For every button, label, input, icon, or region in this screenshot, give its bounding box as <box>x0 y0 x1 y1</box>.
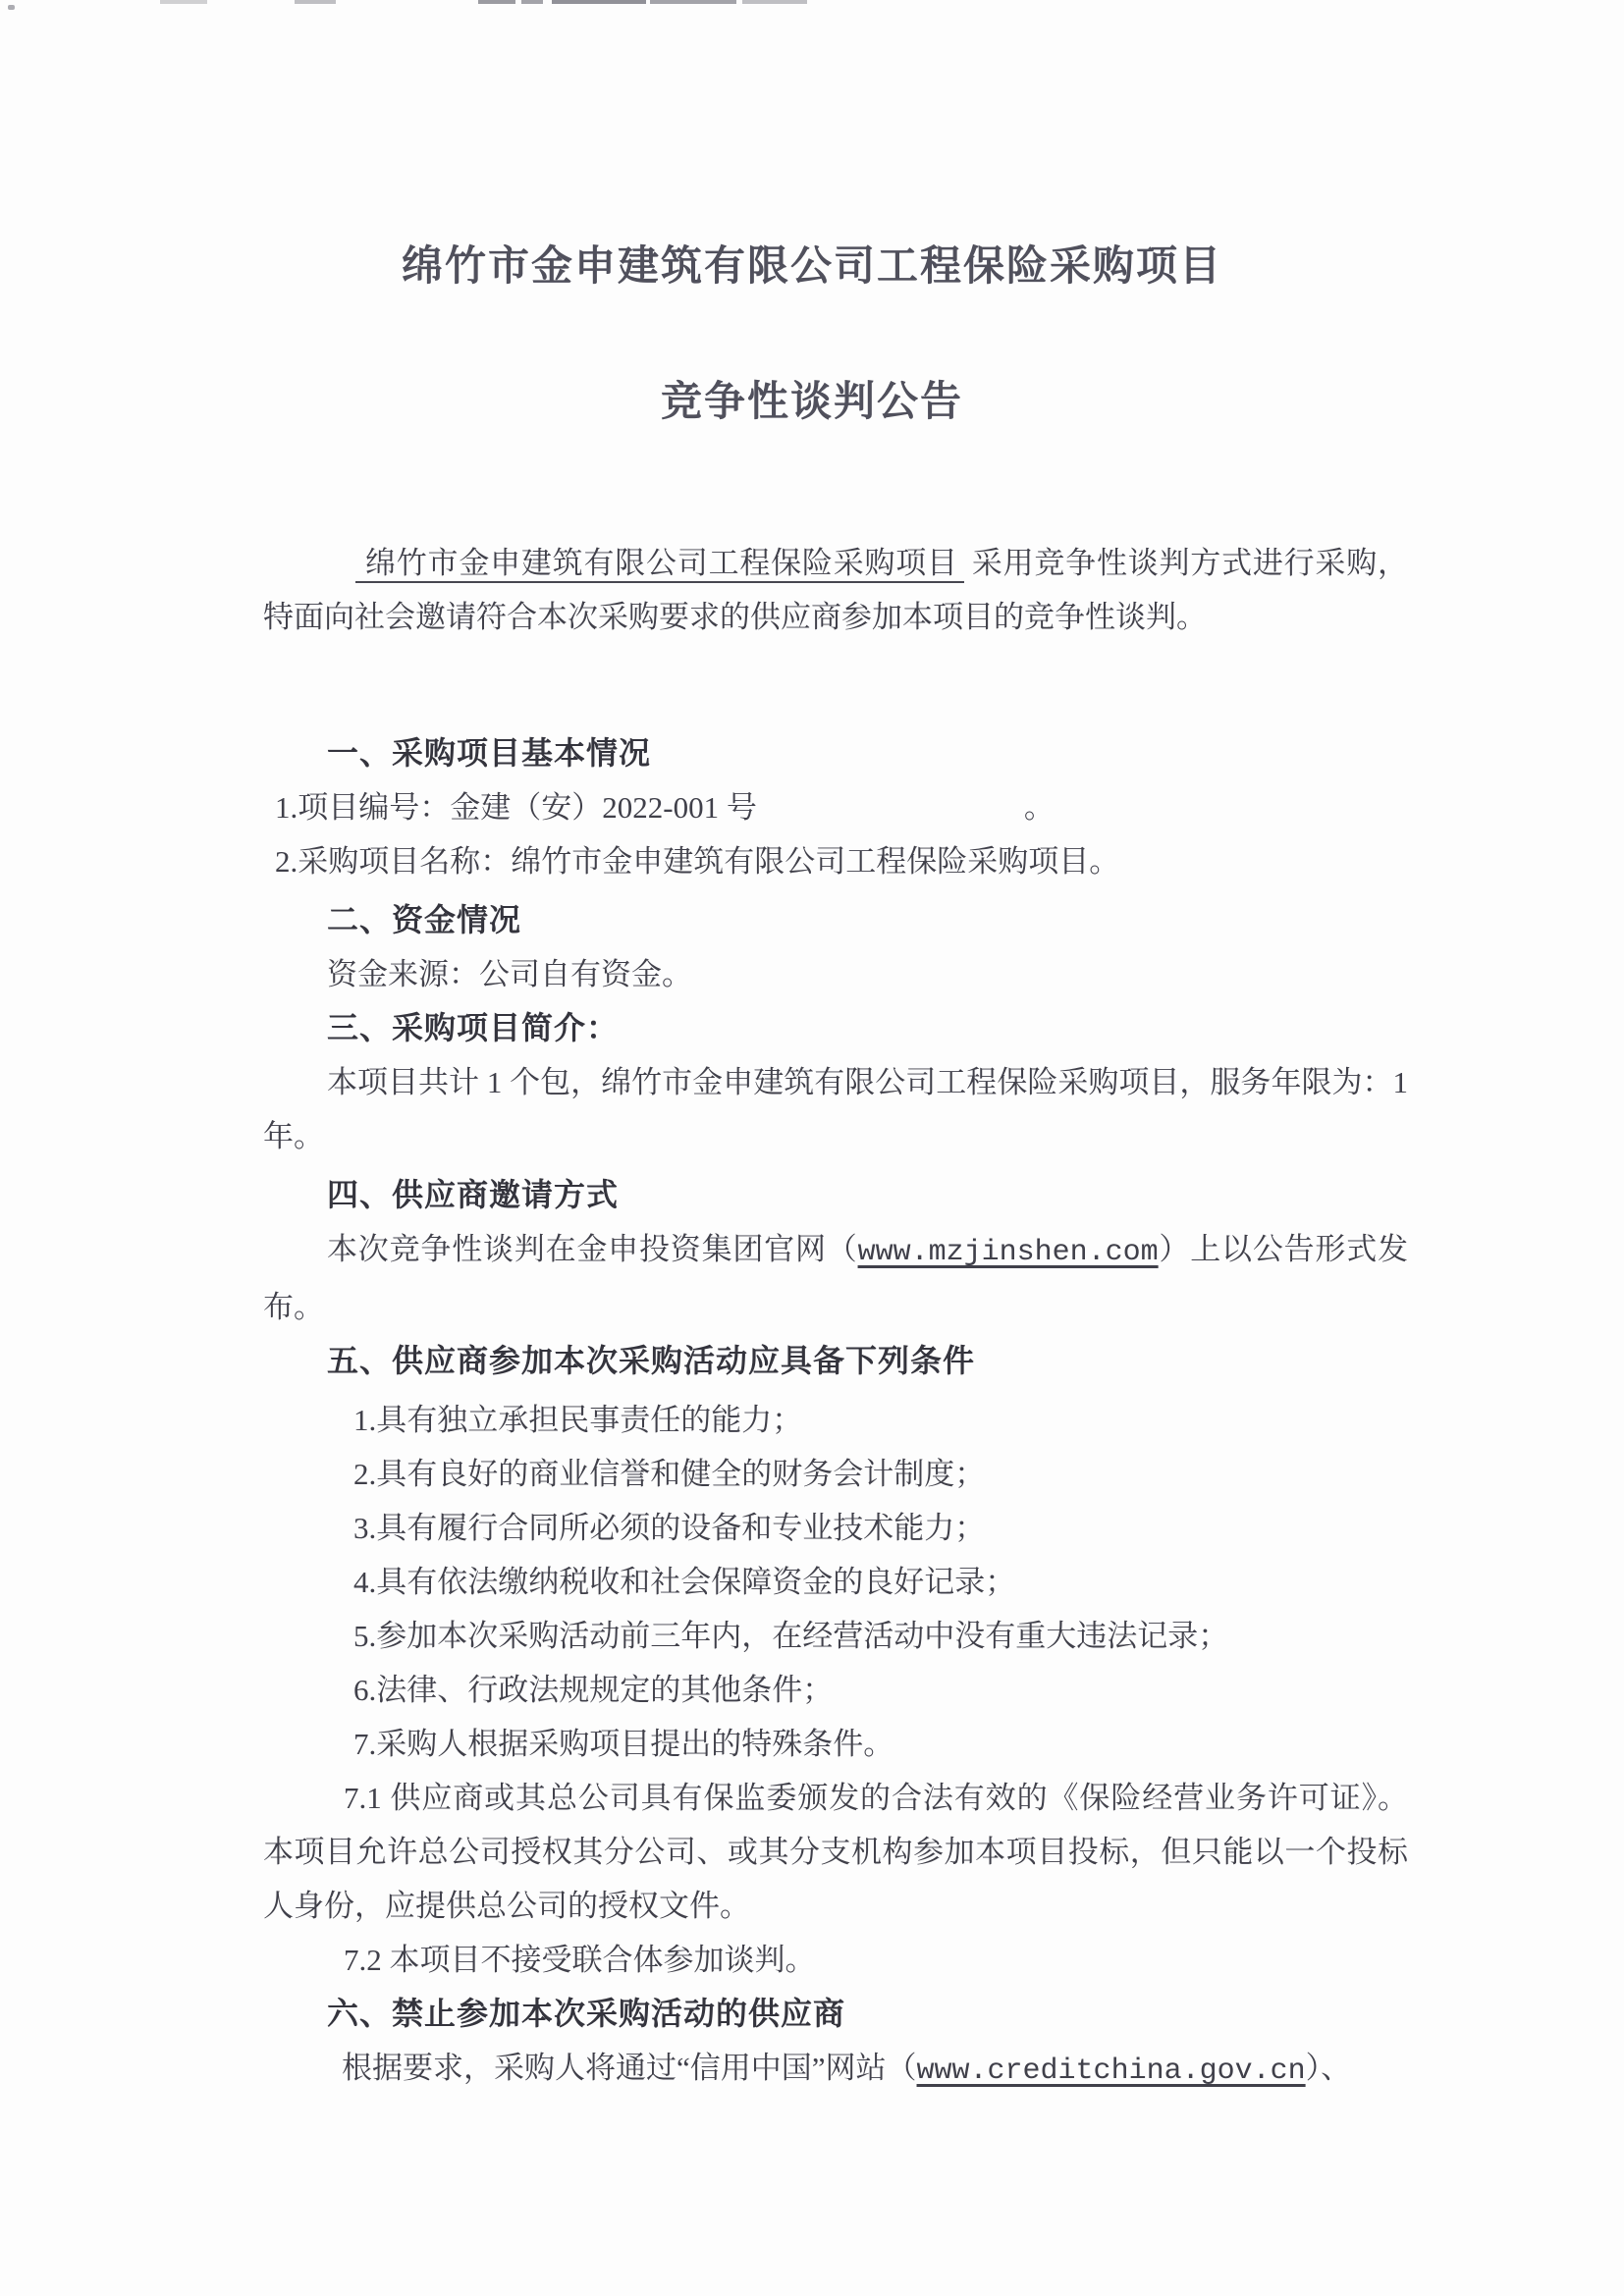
project-number-line: 1.项目编号：金建（安）2022-001 号。 <box>263 780 1408 834</box>
section-2-heading: 二、资金情况 <box>263 893 1408 947</box>
supplier-condition-4: 4.具有依法缴纳税收和社会保障资金的良好记录； <box>263 1555 1408 1609</box>
intro-paragraph: 绵竹市金申建筑有限公司工程保险采购项目采用竞争性谈判方式进行采购，特面向社会邀请… <box>263 536 1408 644</box>
credit-china-text-after-url: ）、 <box>1306 2051 1352 2085</box>
section-6-heading: 六、禁止参加本次采购活动的供应商 <box>263 1987 1408 2041</box>
section-4-heading: 四、供应商邀请方式 <box>263 1168 1408 1222</box>
sub-clause-7-2: 7.2 本项目不接受联合体参加谈判。 <box>263 1933 1408 1987</box>
supplier-condition-2: 2.具有良好的商业信誉和健全的财务会计制度； <box>263 1447 1408 1501</box>
scan-noise-mark <box>650 0 736 4</box>
scan-noise-mark <box>160 0 207 4</box>
stray-period: 。 <box>1024 790 1055 825</box>
supplier-condition-5: 5.参加本次采购活动前三年内，在经营活动中没有重大违法记录； <box>263 1609 1408 1663</box>
supplier-condition-1: 1.具有独立承担民事责任的能力； <box>263 1393 1408 1447</box>
jinshen-website-url: www.mzjinshen.com <box>858 1236 1159 1269</box>
credit-china-text-before-url: 根据要求，采购人将通过“信用中国”网站（ <box>342 2051 917 2085</box>
credit-china-paragraph: 根据要求，采购人将通过“信用中国”网站（www.creditchina.gov.… <box>263 2041 1408 2099</box>
supplier-condition-3: 3.具有履行合同所必须的设备和专业技术能力； <box>263 1501 1408 1555</box>
project-name-line: 2.采购项目名称：绵竹市金申建筑有限公司工程保险采购项目。 <box>263 834 1408 888</box>
credit-china-url: www.creditchina.gov.cn <box>917 2055 1306 2088</box>
section-5-heading: 五、供应商参加本次采购活动应具备下列条件 <box>263 1334 1408 1388</box>
scan-noise-mark <box>295 0 336 4</box>
supplier-condition-7: 7.采购人根据采购项目提出的特殊条件。 <box>263 1717 1408 1771</box>
document-body: 绵竹市金申建筑有限公司工程保险采购项目采用竞争性谈判方式进行采购，特面向社会邀请… <box>263 536 1408 2099</box>
sub-clause-7-1: 7.1 供应商或其总公司具有保监委颁发的合法有效的《保险经营业务许可证》。本项目… <box>263 1771 1408 1933</box>
invitation-method-paragraph: 本次竞争性谈判在金申投资集团官网（www.mzjinshen.com）上以公告形… <box>263 1222 1408 1334</box>
supplier-condition-6: 6.法律、行政法规规定的其他条件； <box>263 1663 1408 1717</box>
scan-noise-mark <box>552 0 646 4</box>
section-1-heading: 一、采购项目基本情况 <box>263 726 1408 780</box>
project-name-underlined: 绵竹市金申建筑有限公司工程保险采购项目 <box>355 546 964 583</box>
document-title-line1: 绵竹市金申建筑有限公司工程保险采购项目 <box>0 241 1624 291</box>
scan-noise-mark <box>478 0 515 4</box>
scan-noise-dot <box>8 5 15 10</box>
scanned-document-page: 绵竹市金申建筑有限公司工程保险采购项目 竞争性谈判公告 绵竹市金申建筑有限公司工… <box>0 0 1624 2296</box>
scan-noise-mark <box>521 0 543 4</box>
project-number-text: 1.项目编号：金建（安）2022-001 号 <box>275 790 757 825</box>
document-title-line2: 竞争性谈判公告 <box>0 377 1624 426</box>
scan-noise-mark <box>742 0 807 4</box>
section-3-heading: 三、采购项目简介： <box>263 1001 1408 1055</box>
invitation-text-before-url: 本次竞争性谈判在金申投资集团官网（ <box>327 1232 858 1266</box>
project-summary-paragraph: 本项目共计 1 个包，绵竹市金申建筑有限公司工程保险采购项目，服务年限为：1 年… <box>263 1055 1408 1163</box>
funding-source-paragraph: 资金来源：公司自有资金。 <box>263 947 1408 1001</box>
